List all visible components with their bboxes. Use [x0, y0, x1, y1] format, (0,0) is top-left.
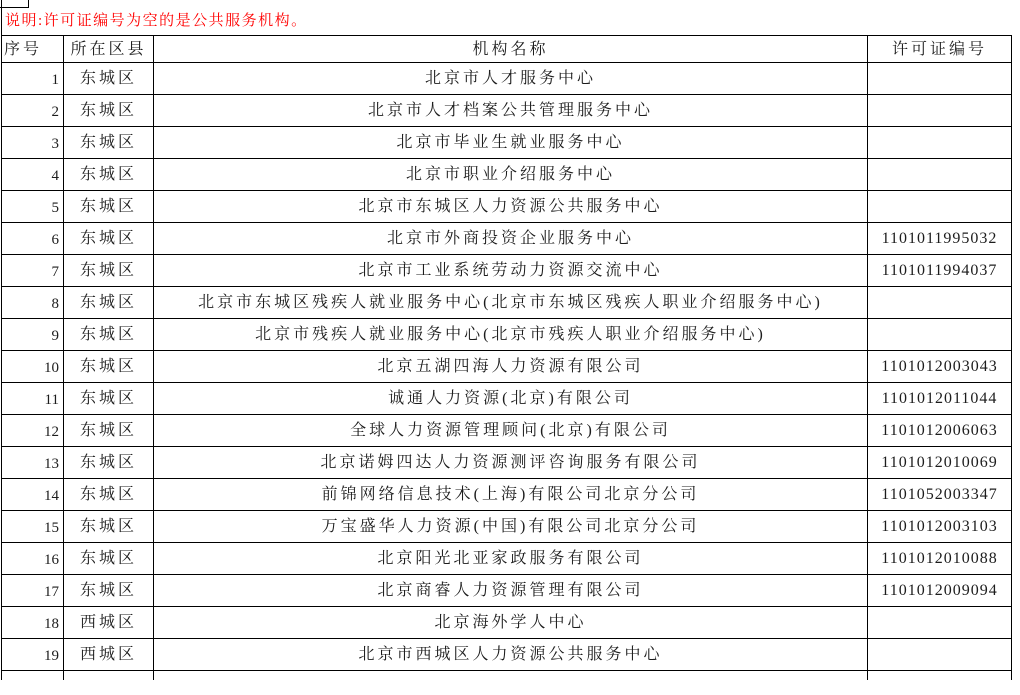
cell-no: 16: [2, 543, 64, 575]
cell-district: 东城区: [64, 287, 154, 319]
table-row: 8东城区北京市东城区残疾人就业服务中心(北京市东城区残疾人职业介绍服务中心): [2, 287, 1012, 319]
table-row: 6东城区北京市外商投资企业服务中心1101011995032: [2, 223, 1012, 255]
cell-license: 1101012011044: [868, 383, 1012, 415]
cell-district: 西城区: [64, 639, 154, 671]
cell-license: [868, 127, 1012, 159]
cell-district: 东城区: [64, 511, 154, 543]
cell-district: 东城区: [64, 319, 154, 351]
table-row: 3东城区北京市毕业生就业服务中心: [2, 127, 1012, 159]
cell-district: 东城区: [64, 543, 154, 575]
cell-no: 12: [2, 415, 64, 447]
cell-no: 6: [2, 223, 64, 255]
table-row: 4东城区北京市职业介绍服务中心: [2, 159, 1012, 191]
cell-name: 北京市毕业生就业服务中心: [154, 127, 868, 159]
cell-license: 1101011994037: [868, 255, 1012, 287]
cell-district: 东城区: [64, 191, 154, 223]
cell-license: 1101012009094: [868, 575, 1012, 607]
cell-name: 北京市人才服务中心: [154, 63, 868, 95]
cell-license: [868, 159, 1012, 191]
header-no: 序号: [2, 36, 64, 63]
cell-district: 东城区: [64, 415, 154, 447]
table-row: 7东城区北京市工业系统劳动力资源交流中心1101011994037: [2, 255, 1012, 287]
table-row: 5东城区北京市东城区人力资源公共服务中心: [2, 191, 1012, 223]
cell-license: [868, 191, 1012, 223]
cell-district: 东城区: [64, 351, 154, 383]
cell-no: 13: [2, 447, 64, 479]
cell-name: 北京市外商投资企业服务中心: [154, 223, 868, 255]
cell-name: 万宝盛华人力资源(中国)有限公司北京分公司: [154, 511, 868, 543]
cell-name: 北京商睿人力资源管理有限公司: [154, 575, 868, 607]
cell-license: [868, 639, 1012, 671]
header-license: 许可证编号: [868, 36, 1012, 63]
partial-cell: [2, 671, 64, 680]
cell-name: 北京市东城区人力资源公共服务中心: [154, 191, 868, 223]
cell-no: 17: [2, 575, 64, 607]
cell-license: 1101052003347: [868, 479, 1012, 511]
cell-district: 西城区: [64, 607, 154, 639]
cell-no: 4: [2, 159, 64, 191]
cell-no: 18: [2, 607, 64, 639]
cell-name: 北京市工业系统劳动力资源交流中心: [154, 255, 868, 287]
cell-district: 东城区: [64, 63, 154, 95]
cell-name: 北京阳光北亚家政服务有限公司: [154, 543, 868, 575]
cell-district: 东城区: [64, 383, 154, 415]
cell-no: 15: [2, 511, 64, 543]
table-body: 1东城区北京市人才服务中心2东城区北京市人才档案公共管理服务中心3东城区北京市毕…: [2, 63, 1012, 671]
cell-no: 3: [2, 127, 64, 159]
cell-district: 东城区: [64, 223, 154, 255]
cell-name: 北京市西城区人力资源公共服务中心: [154, 639, 868, 671]
table-row: 18西城区北京海外学人中心: [2, 607, 1012, 639]
cell-license: [868, 63, 1012, 95]
partial-cell: [64, 671, 154, 680]
cell-license: [868, 607, 1012, 639]
cell-name: 北京市残疾人就业服务中心(北京市残疾人职业介绍服务中心): [154, 319, 868, 351]
cell-no: 14: [2, 479, 64, 511]
table-row: 10东城区北京五湖四海人力资源有限公司1101012003043: [2, 351, 1012, 383]
cell-district: 东城区: [64, 159, 154, 191]
cell-license: [868, 95, 1012, 127]
cell-no: 19: [2, 639, 64, 671]
note-text: 说明:许可证编号为空的是公共服务机构。: [5, 9, 308, 30]
cell-license: [868, 287, 1012, 319]
cell-name: 北京市人才档案公共管理服务中心: [154, 95, 868, 127]
table-row: 13东城区北京诺姆四达人力资源测评咨询服务有限公司1101012010069: [2, 447, 1012, 479]
table-row: 17东城区北京商睿人力资源管理有限公司1101012009094: [2, 575, 1012, 607]
license-table: 序号 所在区县 机构名称 许可证编号 1东城区北京市人才服务中心2东城区北京市人…: [1, 35, 1012, 680]
table-row: 14东城区前锦网络信息技术(上海)有限公司北京分公司1101052003347: [2, 479, 1012, 511]
cell-name: 北京五湖四海人力资源有限公司: [154, 351, 868, 383]
table-row: 9东城区北京市残疾人就业服务中心(北京市残疾人职业介绍服务中心): [2, 319, 1012, 351]
cell-no: 5: [2, 191, 64, 223]
cell-license: 1101012006063: [868, 415, 1012, 447]
table-row: 12东城区全球人力资源管理顾问(北京)有限公司1101012006063: [2, 415, 1012, 447]
header-name: 机构名称: [154, 36, 868, 63]
cell-district: 东城区: [64, 575, 154, 607]
cell-district: 东城区: [64, 95, 154, 127]
cell-name: 北京市职业介绍服务中心: [154, 159, 868, 191]
header-district: 所在区县: [64, 36, 154, 63]
cell-license: 1101012003103: [868, 511, 1012, 543]
partial-cell: [154, 671, 868, 680]
cell-name: 前锦网络信息技术(上海)有限公司北京分公司: [154, 479, 868, 511]
cell-district: 东城区: [64, 127, 154, 159]
partial-row: [2, 671, 1012, 680]
table-row: 1东城区北京市人才服务中心: [2, 63, 1012, 95]
cell-license: [868, 319, 1012, 351]
cell-district: 东城区: [64, 479, 154, 511]
cell-name: 北京市东城区残疾人就业服务中心(北京市东城区残疾人职业介绍服务中心): [154, 287, 868, 319]
cell-district: 东城区: [64, 255, 154, 287]
cell-no: 10: [2, 351, 64, 383]
cell-district: 东城区: [64, 447, 154, 479]
cell-name: 北京诺姆四达人力资源测评咨询服务有限公司: [154, 447, 868, 479]
cell-no: 8: [2, 287, 64, 319]
cell-no: 11: [2, 383, 64, 415]
table-row: 16东城区北京阳光北亚家政服务有限公司1101012010088: [2, 543, 1012, 575]
partial-cell: [868, 671, 1012, 680]
cell-license: 1101011995032: [868, 223, 1012, 255]
table-row: 11东城区诚通人力资源(北京)有限公司1101012011044: [2, 383, 1012, 415]
table-row: 19西城区北京市西城区人力资源公共服务中心: [2, 639, 1012, 671]
top-fragment-horizontal-border: [0, 7, 29, 8]
cell-license: 1101012003043: [868, 351, 1012, 383]
cell-no: 2: [2, 95, 64, 127]
cell-no: 9: [2, 319, 64, 351]
cell-name: 北京海外学人中心: [154, 607, 868, 639]
cell-license: 1101012010069: [868, 447, 1012, 479]
table-left-border-extension: [1, 0, 2, 36]
cell-no: 7: [2, 255, 64, 287]
table-row: 15东城区万宝盛华人力资源(中国)有限公司北京分公司1101012003103: [2, 511, 1012, 543]
table-row: 2东城区北京市人才档案公共管理服务中心: [2, 95, 1012, 127]
cell-name: 诚通人力资源(北京)有限公司: [154, 383, 868, 415]
cell-license: 1101012010088: [868, 543, 1012, 575]
header-row: 序号 所在区县 机构名称 许可证编号: [2, 36, 1012, 63]
cell-name: 全球人力资源管理顾问(北京)有限公司: [154, 415, 868, 447]
cell-no: 1: [2, 63, 64, 95]
top-fragment-vertical-border: [28, 0, 29, 8]
